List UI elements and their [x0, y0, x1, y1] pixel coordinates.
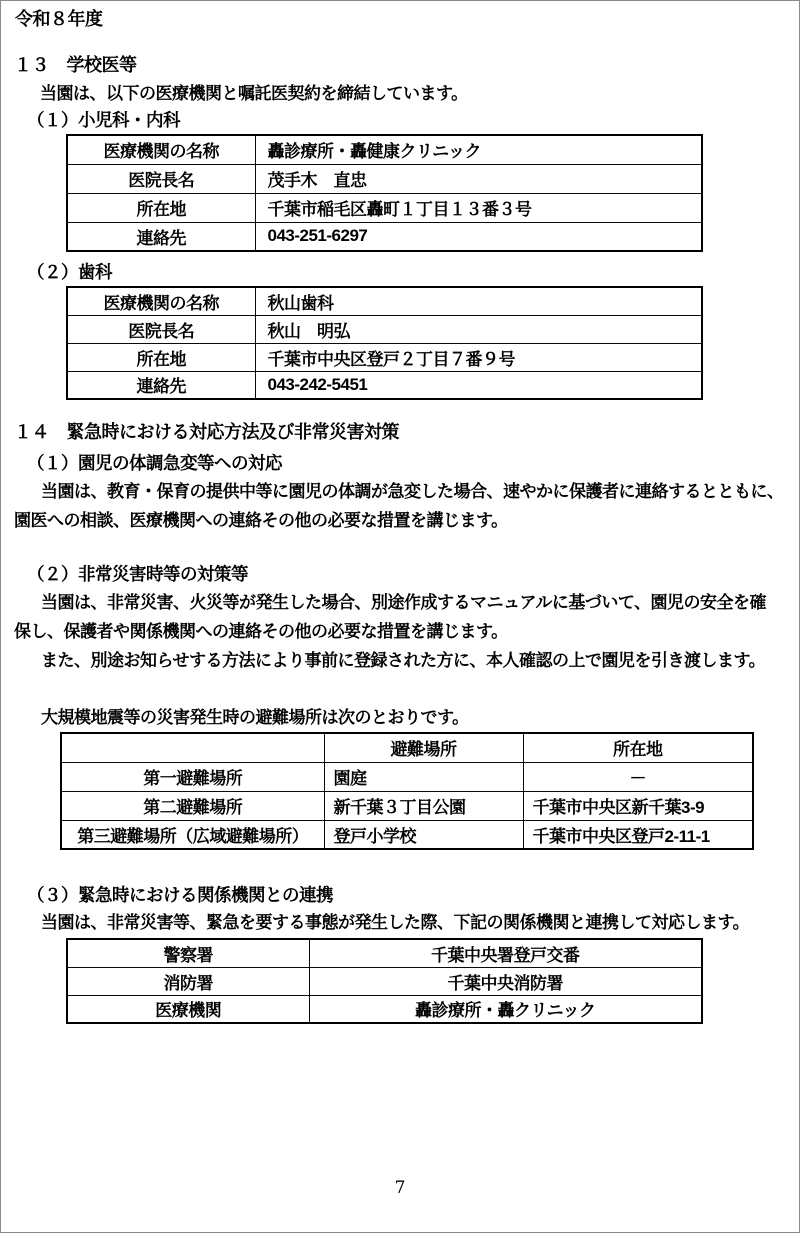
table-row: 第一避難場所 園庭 － [61, 762, 753, 791]
table-row: 連絡先 043-242-5451 [67, 371, 702, 399]
document-page: 令和８年度 １３ 学校医等 当園は、以下の医療機関と嘱託医契約を締結しています。… [0, 0, 800, 1233]
table-row: 連絡先 043-251-6297 [67, 222, 702, 251]
evac-address: 千葉市中央区登戸2-11-1 [523, 820, 753, 849]
row-value: 秋山歯科 [255, 287, 702, 315]
subsection-13-2-heading: （２）歯科 [27, 262, 112, 283]
paragraph-line: 園医への相談、医療機関への連絡その他の必要な措置を講じます。 [14, 511, 508, 531]
contact-label: 医療機関 [67, 995, 309, 1023]
column-header [61, 733, 324, 762]
medical-table-dental: 医療機関の名称 秋山歯科 医院長名 秋山 明弘 所在地 千葉市中央区登戸２丁目７… [66, 286, 703, 400]
evac-place: 登戸小学校 [324, 820, 523, 849]
evacuation-table: 避難場所 所在地 第一避難場所 園庭 － 第二避難場所 新千葉３丁目公園 千葉市… [60, 732, 754, 850]
contact-value: 轟診療所・轟クリニック [309, 995, 702, 1023]
row-value: 043-242-5451 [255, 371, 702, 399]
evac-place: 園庭 [324, 762, 523, 791]
table-row: 所在地 千葉市中央区登戸２丁目７番９号 [67, 343, 702, 371]
table-row: 医療機関の名称 轟診療所・轟健康クリニック [67, 135, 702, 164]
table-row: 消防署 千葉中央消防署 [67, 967, 702, 995]
row-value: 秋山 明弘 [255, 315, 702, 343]
evac-address: 千葉市中央区新千葉3-9 [523, 791, 753, 820]
section-14-heading: １４ 緊急時における対応方法及び非常災害対策 [14, 422, 399, 444]
table-header-row: 避難場所 所在地 [61, 733, 753, 762]
row-value: 043-251-6297 [255, 222, 702, 251]
column-header: 所在地 [523, 733, 753, 762]
row-label: 所在地 [67, 193, 255, 222]
evacuation-intro: 大規模地震等の災害発生時の避難場所は次のとおりです。 [41, 708, 469, 728]
row-label: 所在地 [67, 343, 255, 371]
contact-label: 警察署 [67, 939, 309, 967]
table-row: 医療機関の名称 秋山歯科 [67, 287, 702, 315]
table-row: 第三避難場所（広域避難場所） 登戸小学校 千葉市中央区登戸2-11-1 [61, 820, 753, 849]
subsection-13-1-heading: （１）小児科・内科 [27, 110, 180, 131]
table-row: 所在地 千葉市稲毛区轟町１丁目１３番３号 [67, 193, 702, 222]
page-number: 7 [1, 1178, 799, 1198]
medical-table-pediatrics: 医療機関の名称 轟診療所・轟健康クリニック 医院長名 茂手木 直忠 所在地 千葉… [66, 134, 703, 252]
fiscal-year-label: 令和８年度 [15, 9, 103, 31]
evac-name: 第一避難場所 [61, 762, 324, 791]
row-label: 医院長名 [67, 164, 255, 193]
paragraph-line: また、別途お知らせする方法により事前に登録された方に、本人確認の上で園児を引き渡… [41, 651, 765, 671]
row-value: 千葉市稲毛区轟町１丁目１３番３号 [255, 193, 702, 222]
table-row: 医院長名 茂手木 直忠 [67, 164, 702, 193]
row-label: 医療機関の名称 [67, 287, 255, 315]
evac-name: 第三避難場所（広域避難場所） [61, 820, 324, 849]
evac-name: 第二避難場所 [61, 791, 324, 820]
table-row: 第二避難場所 新千葉３丁目公園 千葉市中央区新千葉3-9 [61, 791, 753, 820]
contact-value: 千葉中央消防署 [309, 967, 702, 995]
section-13-intro: 当園は、以下の医療機関と嘱託医契約を締結しています。 [40, 84, 468, 104]
row-label: 連絡先 [67, 222, 255, 251]
evac-address: － [523, 762, 753, 791]
row-label: 連絡先 [67, 371, 255, 399]
column-header: 避難場所 [324, 733, 523, 762]
subsection-14-3-heading: （３）緊急時における関係機関との連携 [27, 885, 333, 906]
row-label: 医院長名 [67, 315, 255, 343]
paragraph-line: 当園は、非常災害、火災等が発生した場合、別途作成するマニュアルに基づいて、園児の… [41, 593, 766, 613]
section-13-heading: １３ 学校医等 [14, 55, 137, 77]
paragraph-line: 保し、保護者や関係機関への連絡その他の必要な措置を講じます。 [14, 622, 508, 642]
subsection-14-2-heading: （２）非常災害時等の対策等 [27, 564, 248, 585]
row-label: 医療機関の名称 [67, 135, 255, 164]
emergency-contact-table: 警察署 千葉中央署登戸交番 消防署 千葉中央消防署 医療機関 轟診療所・轟クリニ… [66, 938, 703, 1024]
row-value: 轟診療所・轟健康クリニック [255, 135, 702, 164]
contact-label: 消防署 [67, 967, 309, 995]
paragraph-line: 当園は、教育・保育の提供中等に園児の体調が急変した場合、速やかに保護者に連絡する… [41, 482, 784, 502]
table-row: 医療機関 轟診療所・轟クリニック [67, 995, 702, 1023]
contact-value: 千葉中央署登戸交番 [309, 939, 702, 967]
table-row: 警察署 千葉中央署登戸交番 [67, 939, 702, 967]
row-value: 茂手木 直忠 [255, 164, 702, 193]
evac-place: 新千葉３丁目公園 [324, 791, 523, 820]
subsection-14-1-heading: （１）園児の体調急変等への対応 [27, 453, 282, 474]
row-value: 千葉市中央区登戸２丁目７番９号 [255, 343, 702, 371]
table-row: 医院長名 秋山 明弘 [67, 315, 702, 343]
paragraph-line: 当園は、非常災害等、緊急を要する事態が発生した際、下記の関係機関と連携して対応し… [41, 913, 749, 933]
